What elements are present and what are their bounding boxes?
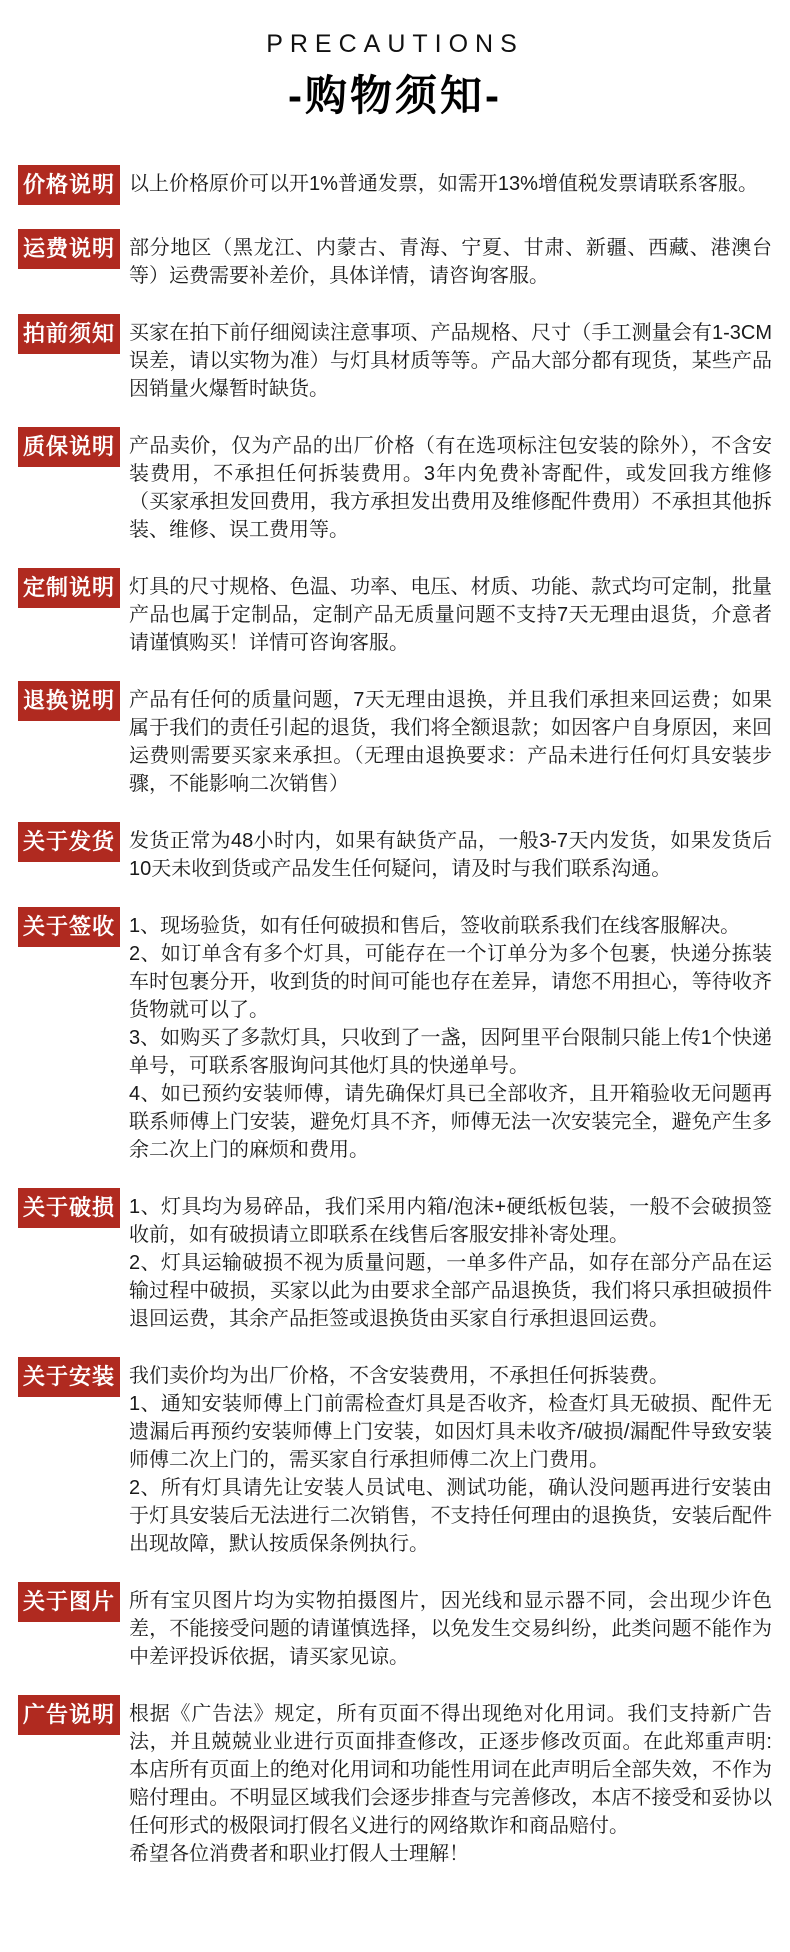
section-content: 产品有任何的质量问题，7天无理由退换，并且我们承担来回运费；如果属于我们的责任引…: [129, 681, 772, 798]
section-label-badge: 拍前须知: [18, 314, 120, 354]
section-content: 所有宝贝图片均为实物拍摄图片，因光线和显示器不同，会出现少许色差，不能接受问题的…: [129, 1582, 772, 1671]
section-content: 1、现场验货，如有任何破损和售后，签收前联系我们在线客服解决。2、如订单含有多个…: [129, 907, 772, 1164]
section-label-badge: 定制说明: [18, 568, 120, 608]
section-paragraph: 我们卖价均为出厂价格，不含安装费用，不承担任何拆装费。: [129, 1362, 772, 1390]
notice-section: 关于安装 我们卖价均为出厂价格，不含安装费用，不承担任何拆装费。1、通知安装师傅…: [18, 1357, 772, 1558]
section-label-badge: 质保说明: [18, 427, 120, 467]
section-content: 我们卖价均为出厂价格，不含安装费用，不承担任何拆装费。1、通知安装师傅上门前需检…: [129, 1357, 772, 1558]
notice-section: 拍前须知 买家在拍下前仔细阅读注意事项、产品规格、尺寸（手工测量会有1-3CM误…: [18, 314, 772, 403]
section-content: 发货正常为48小时内，如果有缺货产品，一般3-7天内发货，如果发货后10天未收到…: [129, 822, 772, 883]
section-paragraph: 以上价格原价可以开1%普通发票，如需开13%增值税发票请联系客服。: [129, 170, 772, 198]
page-title: -购物须知-: [18, 63, 772, 123]
notice-section: 价格说明 以上价格原价可以开1%普通发票，如需开13%增值税发票请联系客服。: [18, 165, 772, 205]
section-paragraph: 买家在拍下前仔细阅读注意事项、产品规格、尺寸（手工测量会有1-3CM误差，请以实…: [129, 319, 772, 403]
section-label-badge: 关于图片: [18, 1582, 120, 1622]
notice-section: 关于签收 1、现场验货，如有任何破损和售后，签收前联系我们在线客服解决。2、如订…: [18, 907, 772, 1164]
section-paragraph: 部分地区（黑龙江、内蒙古、青海、宁夏、甘肃、新疆、西藏、港澳台等）运费需要补差价…: [129, 234, 772, 290]
notice-sections-list: 价格说明 以上价格原价可以开1%普通发票，如需开13%增值税发票请联系客服。 运…: [18, 165, 772, 1868]
section-paragraph: 3、如购买了多款灯具，只收到了一盏，因阿里平台限制只能上传1个快递单号，可联系客…: [129, 1024, 772, 1080]
section-label-badge: 关于签收: [18, 907, 120, 947]
section-paragraph: 2、如订单含有多个灯具，可能存在一个订单分为多个包裹，快递分拣装车时包裹分开，收…: [129, 940, 772, 1024]
section-label-badge: 运费说明: [18, 229, 120, 269]
section-paragraph: 产品卖价，仅为产品的出厂价格（有在选项标注包安装的除外），不含安装费用，不承担任…: [129, 432, 772, 544]
notice-section: 退换说明 产品有任何的质量问题，7天无理由退换，并且我们承担来回运费；如果属于我…: [18, 681, 772, 798]
section-content: 根据《广告法》规定，所有页面不得出现绝对化用词。我们支持新广告法，并且兢兢业业进…: [129, 1695, 772, 1868]
section-content: 以上价格原价可以开1%普通发票，如需开13%增值税发票请联系客服。: [129, 165, 772, 198]
section-label-badge: 广告说明: [18, 1695, 120, 1735]
section-label-badge: 关于发货: [18, 822, 120, 862]
section-content: 产品卖价，仅为产品的出厂价格（有在选项标注包安装的除外），不含安装费用，不承担任…: [129, 427, 772, 544]
section-label-badge: 退换说明: [18, 681, 120, 721]
section-paragraph: 发货正常为48小时内，如果有缺货产品，一般3-7天内发货，如果发货后10天未收到…: [129, 827, 772, 883]
section-content: 灯具的尺寸规格、色温、功率、电压、材质、功能、款式均可定制，批量产品也属于定制品…: [129, 568, 772, 657]
section-paragraph: 根据《广告法》规定，所有页面不得出现绝对化用词。我们支持新广告法，并且兢兢业业进…: [129, 1700, 772, 1840]
notice-section: 定制说明 灯具的尺寸规格、色温、功率、电压、材质、功能、款式均可定制，批量产品也…: [18, 568, 772, 657]
notice-section: 关于发货 发货正常为48小时内，如果有缺货产品，一般3-7天内发货，如果发货后1…: [18, 822, 772, 883]
notice-section: 质保说明 产品卖价，仅为产品的出厂价格（有在选项标注包安装的除外），不含安装费用…: [18, 427, 772, 544]
section-paragraph: 灯具的尺寸规格、色温、功率、电压、材质、功能、款式均可定制，批量产品也属于定制品…: [129, 573, 772, 657]
section-paragraph: 希望各位消费者和职业打假人士理解！: [129, 1840, 772, 1868]
notice-section: 关于破损 1、灯具均为易碎品，我们采用内箱/泡沫+硬纸板包装，一般不会破损签收前…: [18, 1188, 772, 1333]
section-paragraph: 2、灯具运输破损不视为质量问题，一单多件产品，如存在部分产品在运输过程中破损，买…: [129, 1249, 772, 1333]
section-paragraph: 产品有任何的质量问题，7天无理由退换，并且我们承担来回运费；如果属于我们的责任引…: [129, 686, 772, 798]
notice-section: 广告说明 根据《广告法》规定，所有页面不得出现绝对化用词。我们支持新广告法，并且…: [18, 1695, 772, 1868]
section-paragraph: 1、通知安装师傅上门前需检查灯具是否收齐，检查灯具无破损、配件无遗漏后再预约安装…: [129, 1390, 772, 1474]
precautions-page: PRECAUTIONS -购物须知- 价格说明 以上价格原价可以开1%普通发票，…: [0, 0, 790, 1952]
header-eyebrow: PRECAUTIONS: [18, 30, 772, 59]
section-label-badge: 关于安装: [18, 1357, 120, 1397]
section-paragraph: 4、如已预约安装师傅，请先确保灯具已全部收齐，且开箱验收无问题再联系师傅上门安装…: [129, 1080, 772, 1164]
section-content: 部分地区（黑龙江、内蒙古、青海、宁夏、甘肃、新疆、西藏、港澳台等）运费需要补差价…: [129, 229, 772, 290]
notice-section: 运费说明 部分地区（黑龙江、内蒙古、青海、宁夏、甘肃、新疆、西藏、港澳台等）运费…: [18, 229, 772, 290]
section-label-badge: 关于破损: [18, 1188, 120, 1228]
section-paragraph: 1、现场验货，如有任何破损和售后，签收前联系我们在线客服解决。: [129, 912, 772, 940]
section-content: 1、灯具均为易碎品，我们采用内箱/泡沫+硬纸板包装，一般不会破损签收前，如有破损…: [129, 1188, 772, 1333]
page-header: PRECAUTIONS -购物须知-: [18, 30, 772, 123]
section-paragraph: 1、灯具均为易碎品，我们采用内箱/泡沫+硬纸板包装，一般不会破损签收前，如有破损…: [129, 1193, 772, 1249]
section-content: 买家在拍下前仔细阅读注意事项、产品规格、尺寸（手工测量会有1-3CM误差，请以实…: [129, 314, 772, 403]
section-label-badge: 价格说明: [18, 165, 120, 205]
section-paragraph: 所有宝贝图片均为实物拍摄图片，因光线和显示器不同，会出现少许色差，不能接受问题的…: [129, 1587, 772, 1671]
section-paragraph: 2、所有灯具请先让安装人员试电、测试功能，确认没问题再进行安装由于灯具安装后无法…: [129, 1474, 772, 1558]
notice-section: 关于图片 所有宝贝图片均为实物拍摄图片，因光线和显示器不同，会出现少许色差，不能…: [18, 1582, 772, 1671]
